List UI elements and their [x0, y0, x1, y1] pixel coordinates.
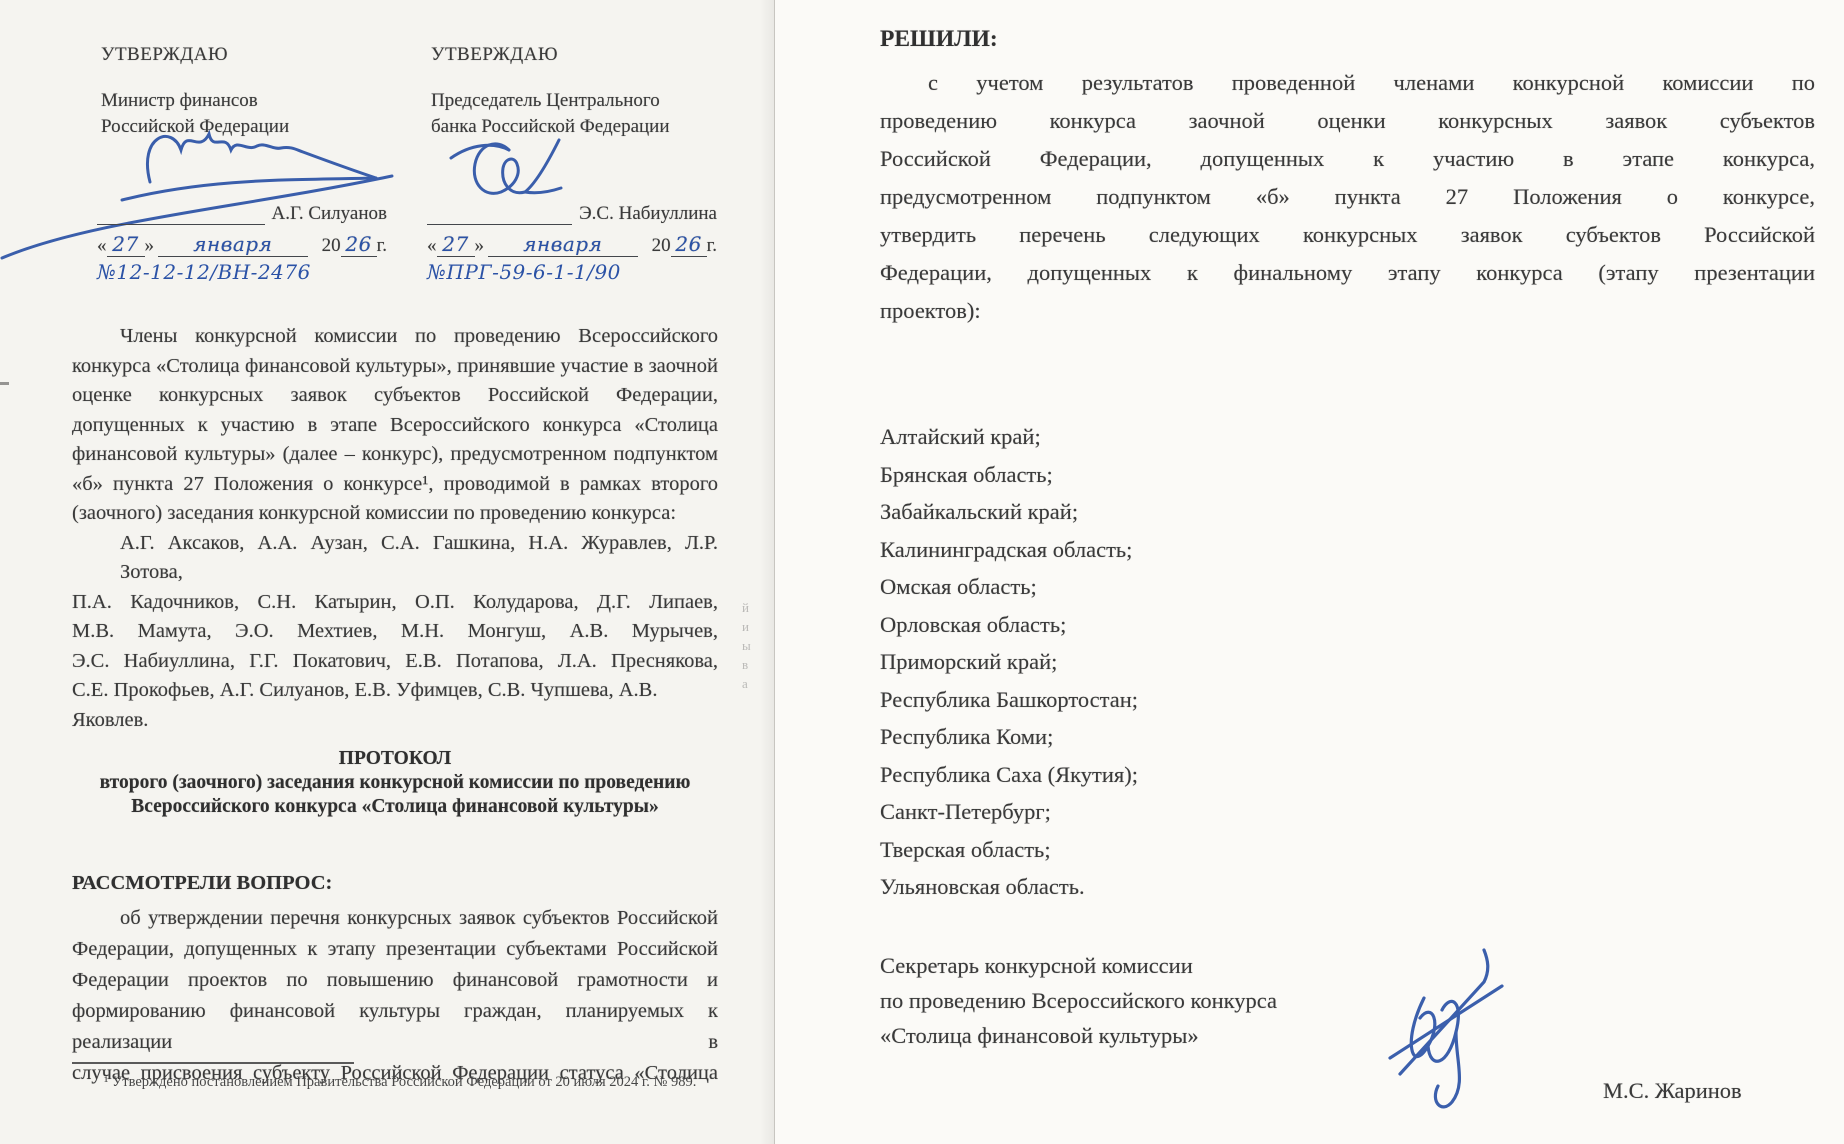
region-list-item: Приморский край;	[880, 643, 1815, 681]
page-edge-text-artifact: й и ы в а	[742, 598, 756, 693]
page-seam-shadow	[760, 0, 774, 1144]
region-list-item: Алтайский край;	[880, 418, 1815, 456]
paragraph-line: «б» пункта 27 Положения о конкурсе¹, про…	[72, 470, 718, 500]
paragraph-line: предусмотренном подпунктом «б» пункта 27…	[880, 178, 1815, 216]
paragraph-line: оценке конкурсных заявок субъектов Росси…	[72, 381, 718, 411]
considered-section-label: РАССМОТРЕЛИ ВОПРОС:	[72, 872, 718, 895]
signature-name-row: Э.С. Набиуллина	[427, 202, 717, 225]
approver-role: Министр финансов Российской Федерации	[101, 88, 289, 140]
footnote-divider	[72, 1062, 354, 1064]
secretary-role-line: «Столица финансовой культуры»	[880, 1018, 1815, 1053]
secretary-role-line: Секретарь конкурсной комиссии	[880, 948, 1815, 983]
signature-line	[97, 202, 265, 225]
paragraph-line: допущенных к участию в этапе Всероссийск…	[72, 411, 718, 441]
region-list-item: Республика Коми;	[880, 718, 1815, 756]
members-line: М.В. Мамута, Э.О. Мехтиев, М.Н. Монгуш, …	[72, 617, 718, 647]
members-line: А.Г. Аксаков, А.А. Аузан, С.А. Гашкина, …	[72, 529, 718, 588]
close-quote: »	[475, 235, 485, 257]
paragraph-line: Федерации, допущенных к финальному этапу…	[880, 254, 1815, 292]
paragraph-line: с учетом результатов проведенной членами…	[880, 64, 1815, 102]
protocol-subtitle: второго (заочного) заседания конкурсной …	[72, 771, 718, 795]
handwritten-day: 27	[442, 232, 468, 256]
year-unit: г.	[707, 235, 717, 257]
signature-line	[427, 202, 572, 225]
handwritten-day: 27	[112, 232, 138, 256]
paragraph-line: финансовой культуры» (далее – конкурс), …	[72, 440, 718, 470]
region-list-item: Ульяновская область.	[880, 868, 1815, 906]
paragraph-line: проведению конкурса заочной оценки конку…	[880, 102, 1815, 140]
paragraph-line: формированию финансовой культуры граждан…	[72, 996, 718, 1058]
date-year-field: 26	[671, 232, 707, 257]
paragraph-line: утвердить перечень следующих конкурсных …	[880, 216, 1815, 254]
handwritten-year: 26	[345, 232, 371, 256]
paragraph-line: Российской Федерации, допущенных к участ…	[880, 140, 1815, 178]
secretary-role-line: по проведению Всероссийского конкурса	[880, 983, 1815, 1018]
signature-name-row: А.Г. Силуанов	[97, 202, 387, 225]
paragraph-line: Федерации, допущенных к этапу презентаци…	[72, 934, 718, 965]
handwritten-doc-number: №12-12-12/ВН-2476	[97, 260, 311, 284]
decided-section-label: РЕШИЛИ:	[880, 26, 1815, 53]
protocol-heading: ПРОТОКОЛ второго (заочного) заседания ко…	[72, 747, 718, 819]
date-month-field: января	[158, 232, 308, 257]
close-quote: »	[145, 235, 155, 257]
protocol-subtitle: Всероссийского конкурса «Столица финансо…	[72, 795, 718, 819]
approver-name: А.Г. Силуанов	[272, 203, 387, 225]
region-list-item: Республика Саха (Якутия);	[880, 756, 1815, 794]
approver-role: Председатель Центрального банка Российск…	[431, 88, 670, 140]
year-prefix: 20	[652, 235, 671, 257]
paragraph-line: (заочного) заседания конкурсной комиссии…	[72, 499, 718, 529]
decision-paragraph: с учетом результатов проведенной членами…	[880, 64, 1815, 330]
approved-regions-list: Алтайский край; Брянская область; Забайк…	[880, 418, 1815, 906]
scanned-protocol-document: УТВЕРЖДАЮ Министр финансов Российской Фе…	[0, 0, 1844, 1144]
approve-label: УТВЕРЖДАЮ	[101, 44, 228, 66]
handwritten-month: января	[193, 232, 272, 256]
approve-label: УТВЕРЖДАЮ	[431, 44, 558, 66]
region-list-item: Калининградская область;	[880, 531, 1815, 569]
date-day-field: 27	[107, 232, 145, 257]
region-list-item: Орловская область;	[880, 606, 1815, 644]
approval-date-row: « 27 » января 20 26 г.	[97, 232, 387, 257]
region-list-item: Санкт-Петербург;	[880, 793, 1815, 831]
paragraph-line: Члены конкурсной комиссии по проведению …	[72, 322, 718, 352]
paragraph-line: об утверждении перечня конкурсных заявок…	[72, 903, 718, 934]
paragraph-line: проектов):	[880, 292, 1815, 330]
handwritten-year: 26	[675, 232, 701, 256]
secretary-signature-block: Секретарь конкурсной комиссии по проведе…	[880, 948, 1815, 1053]
region-list-item: Брянская область;	[880, 456, 1815, 494]
year-unit: г.	[377, 235, 387, 257]
region-list-item: Республика Башкортостан;	[880, 681, 1815, 719]
region-list-item: Омская область;	[880, 568, 1815, 606]
protocol-title: ПРОТОКОЛ	[72, 747, 718, 771]
handwritten-month: января	[523, 232, 602, 256]
handwritten-doc-number: №ПРГ-59-6-1-1/90	[427, 260, 621, 284]
date-month-field: января	[488, 232, 638, 257]
date-day-field: 27	[437, 232, 475, 257]
members-line: С.Е. Прокофьев, А.Г. Силуанов, Е.В. Уфим…	[72, 676, 718, 735]
date-year-field: 26	[341, 232, 377, 257]
footnote-text: ¹ Утверждено постановлением Правительств…	[104, 1074, 744, 1091]
intro-paragraph: Члены конкурсной комиссии по проведению …	[72, 322, 718, 735]
open-quote: «	[97, 235, 107, 257]
document-page-right: РЕШИЛИ: с учетом результатов проведенной…	[775, 0, 1844, 1144]
members-line: Э.С. Набиуллина, Г.Г. Покатович, Е.В. По…	[72, 647, 718, 677]
approver-name: Э.С. Набиуллина	[579, 203, 717, 225]
document-page-left: УТВЕРЖДАЮ Министр финансов Российской Фе…	[0, 0, 775, 1144]
region-list-item: Тверская область;	[880, 831, 1815, 869]
paragraph-line: Федерации проектов по повышению финансов…	[72, 965, 718, 996]
approval-date-row: « 27 » января 20 26 г.	[427, 232, 717, 257]
region-list-item: Забайкальский край;	[880, 493, 1815, 531]
secretary-name: М.С. Жаринов	[1603, 1078, 1742, 1104]
scan-artifact-mark	[0, 382, 9, 385]
paragraph-line: конкурса «Столица финансовой культуры», …	[72, 352, 718, 382]
year-prefix: 20	[322, 235, 341, 257]
members-line: П.А. Кадочников, С.Н. Катырин, О.П. Колу…	[72, 588, 718, 618]
open-quote: «	[427, 235, 437, 257]
